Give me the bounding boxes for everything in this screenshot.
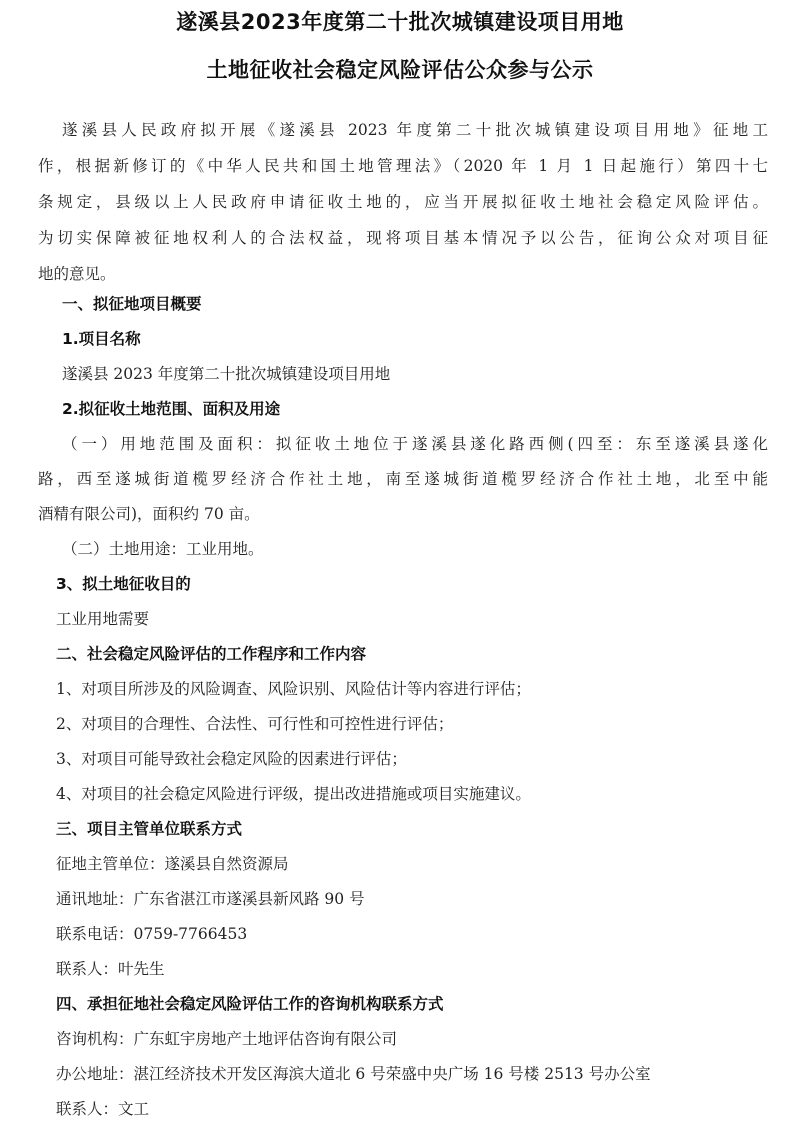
- authority-phone-line: 联系电话：0759-7766453: [56, 922, 786, 946]
- intro-paragraph-line: 地的意见。: [38, 262, 768, 286]
- section-3-heading: 三、项目主管单位联系方式: [56, 817, 786, 841]
- section-2-item: 2、对项目的合理性、合法性、可行性和可控性进行评估；: [56, 712, 786, 736]
- consultancy-name-line: 咨询机构：广东虹宇房地产土地评估咨询有限公司: [56, 1027, 786, 1051]
- section-2-heading: 二、社会稳定风险评估的工作程序和工作内容: [56, 642, 786, 666]
- consultancy-contact-line: 联系人：文工: [56, 1097, 786, 1121]
- intro-paragraph-line: 遂溪县人民政府拟开展《遂溪县 2023 年度第二十批次城镇建设项目用地》征地工: [62, 118, 768, 142]
- project-name-text: 遂溪县 2023 年度第二十批次城镇建设项目用地: [62, 362, 792, 386]
- document-page: 遂溪县2023年度第二十批次城镇建设项目用地 土地征收社会稳定风险评估公众参与公…: [0, 0, 800, 1123]
- document-title-line-2: 土地征收社会稳定风险评估公众参与公示: [0, 54, 800, 84]
- acquisition-purpose-text: 工业用地需要: [56, 607, 786, 631]
- section-2-item: 3、对项目可能导致社会稳定风险的因素进行评估；: [56, 747, 786, 771]
- section-4-heading: 四、承担征地社会稳定风险评估工作的咨询机构联系方式: [56, 992, 786, 1016]
- land-scope-line: （一）用地范围及面积：拟征收土地位于遂溪县遂化路西侧(四至：东至遂溪县遂化: [62, 432, 768, 456]
- authority-address-line: 通讯地址：广东省湛江市遂溪县新风路 90 号: [56, 887, 786, 911]
- section-2-item: 4、对项目的社会稳定风险进行评级，提出改进措施或项目实施建议。: [56, 782, 786, 806]
- land-scope-line: 酒精有限公司)，面积约 70 亩。: [38, 502, 768, 526]
- section-1-item-3-heading: 3、拟土地征收目的: [56, 572, 786, 596]
- authority-unit-line: 征地主管单位：遂溪县自然资源局: [56, 852, 786, 876]
- section-2-item: 1、对项目所涉及的风险调查、风险识别、风险估计等内容进行评估；: [56, 677, 786, 701]
- intro-paragraph-line: 作，根据新修订的《中华人民共和国土地管理法》（2020 年 1 月 1 日起施行…: [38, 154, 768, 178]
- intro-paragraph-line: 为切实保障被征地权利人的合法权益，现将项目基本情况予以公告，征询公众对项目征: [38, 226, 768, 250]
- document-title-line-1: 遂溪县2023年度第二十批次城镇建设项目用地: [0, 6, 800, 36]
- land-scope-line: 路，西至遂城街道榄罗经济合作社土地，南至遂城街道榄罗经济合作社土地，北至中能: [38, 467, 768, 491]
- intro-paragraph-line: 条规定，县级以上人民政府申请征收土地的，应当开展拟征收土地社会稳定风险评估。: [38, 190, 768, 214]
- land-use-line: （二）土地用途：工业用地。: [62, 537, 792, 561]
- section-1-item-1-heading: 1.项目名称: [62, 327, 792, 351]
- consultancy-address-line: 办公地址：湛江经济技术开发区海滨大道北 6 号荣盛中央广场 16 号楼 2513…: [56, 1062, 786, 1086]
- section-1-item-2-heading: 2.拟征收土地范围、面积及用途: [62, 397, 792, 421]
- section-1-heading: 一、拟征地项目概要: [62, 292, 792, 316]
- authority-contact-line: 联系人：叶先生: [56, 957, 786, 981]
